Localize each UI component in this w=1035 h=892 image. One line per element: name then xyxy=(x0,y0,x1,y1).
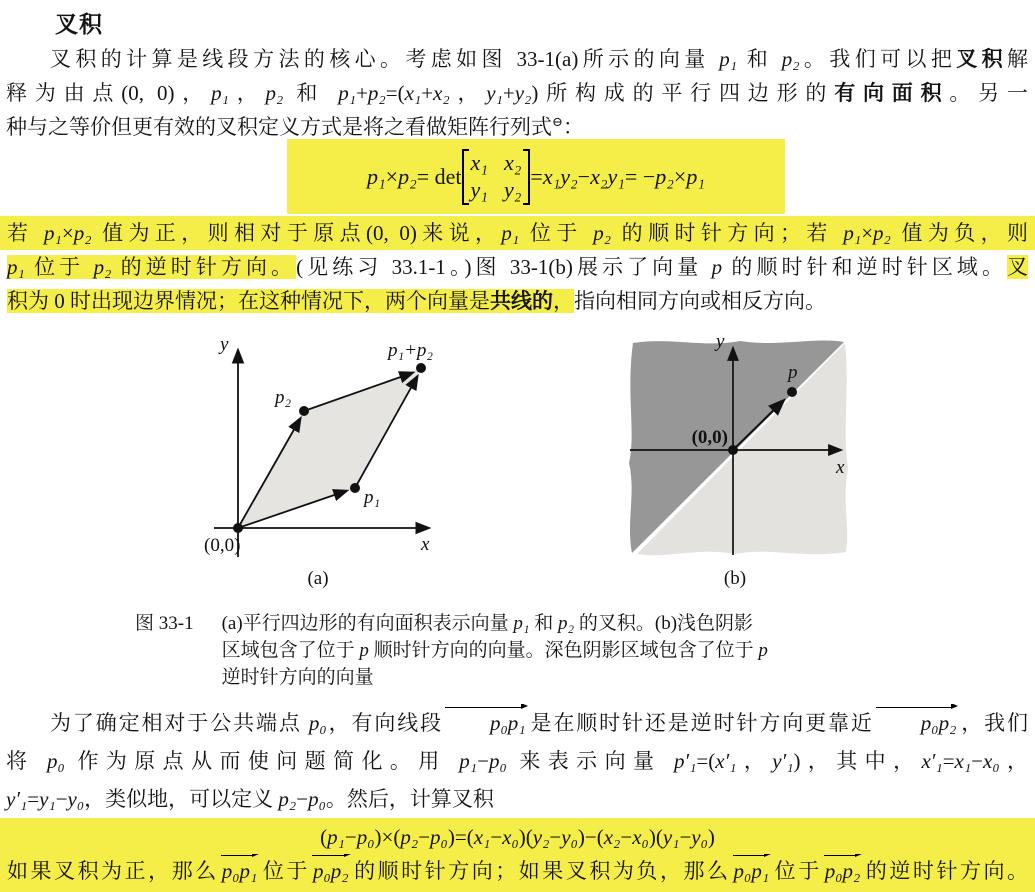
text-segment: p₀ xyxy=(357,825,375,849)
paragraph-2: 若 p₁×p₂ 值为正，则相对于原点(0, 0)来说，p₁ 位于 p₂ 的顺时针… xyxy=(0,216,1035,318)
text-segment: x₁ xyxy=(474,825,491,849)
text-segment: ，我们 xyxy=(959,711,1028,735)
text-segment: p₁ 位于 p₂ 的逆时针方向。 xyxy=(7,255,296,279)
text-segment: 指向相同方向或相反方向。 xyxy=(574,289,826,313)
text-segment: 为了确定相对于公共端点 xyxy=(50,711,309,735)
text-segment: 和 xyxy=(283,81,338,105)
text-segment: = − xyxy=(625,164,655,190)
figure-number: 图 33-1 xyxy=(135,610,194,691)
text-segment: + xyxy=(503,81,515,105)
text-segment: )=( xyxy=(448,825,474,849)
text-segment: y′₁ xyxy=(6,787,27,811)
text-segment: p₀ xyxy=(489,749,507,773)
text-segment: 叉积的计算是线段方法的核心。考虑如图 33-1(a)所示的向量 xyxy=(50,47,719,71)
text-line: 叉积的计算是线段方法的核心。考虑如图 33-1(a)所示的向量 p₁ 和 p₂。… xyxy=(6,42,1028,76)
vector-notation: p₀p₁ xyxy=(443,711,529,736)
text-segment: )所构成的平行四边形的 xyxy=(531,81,834,105)
text-segment: 和 xyxy=(530,613,559,634)
text-segment: p₀ xyxy=(308,787,326,811)
text-segment: p₀ xyxy=(47,749,65,773)
p1-label: p₁ xyxy=(362,487,380,508)
text-segment: 逆时针方向的向量 xyxy=(222,667,374,688)
p1p2-label: p₁+p₂ xyxy=(386,340,433,361)
p-label: p xyxy=(786,362,798,383)
text-segment: 。我们可以把 xyxy=(800,47,957,71)
text-segment: ， xyxy=(1000,749,1028,773)
text-segment: 区域包含了位于 xyxy=(222,640,360,661)
text-segment: x₂ xyxy=(604,825,621,849)
text-segment: y₁ xyxy=(486,81,503,105)
text-segment: − xyxy=(620,825,632,849)
text-segment: 位于 xyxy=(772,859,822,883)
text-segment: p₂ xyxy=(655,164,674,190)
p-point xyxy=(787,387,797,397)
y-axis-label: y xyxy=(218,334,229,355)
figure-caption-text: (a)平行四边形的有向面积表示向量 p₁ 和 p₂ 的叉积。(b)浅色阴影 区域… xyxy=(222,610,768,691)
caption-line: 区域包含了位于 p 顺时针方向的向量。深色阴影区域包含了位于 p xyxy=(222,637,768,664)
text-segment: )×( xyxy=(375,825,401,849)
text-segment: − xyxy=(56,787,68,811)
x-axis-label: x xyxy=(835,457,845,478)
text-segment: p₁ xyxy=(367,164,386,190)
text-segment: ) xyxy=(708,825,715,849)
figure-b-tag: (b) xyxy=(724,568,746,589)
highlighted-conclusion-block: (p₁−p₀)×(p₂−p₀)=(x₁−x₀)(y₂−y₀)−(x₂−x₀)(y… xyxy=(0,818,1035,892)
book-page: 叉积 叉积的计算是线段方法的核心。考虑如图 33-1(a)所示的向量 p₁ 和 … xyxy=(0,0,1035,892)
text-segment: 积为 0 时出现边界情况；在这种情况下，两个向量是共线的， xyxy=(7,289,574,313)
text-segment: 值为正，则相对于原点(0, 0)来说， xyxy=(92,221,502,245)
text-segment: p₂ xyxy=(400,825,418,849)
text-segment: p₁ xyxy=(513,613,529,634)
text-segment: − xyxy=(345,825,357,849)
text-segment: − xyxy=(296,787,308,811)
p2-point xyxy=(299,406,309,416)
text-segment: p₁ xyxy=(44,221,62,245)
vector-notation: p₀p₂ xyxy=(310,859,352,884)
text-segment: )( xyxy=(649,825,663,849)
text-segment: y₀ xyxy=(68,787,85,811)
text-segment: =( xyxy=(386,81,405,105)
text-segment: p₁ xyxy=(501,221,519,245)
text-segment: p xyxy=(712,255,723,279)
text-segment: 共线的 xyxy=(490,289,553,313)
text-segment: ， xyxy=(736,749,772,773)
vector-notation: p₀p₁ xyxy=(219,859,261,884)
text-segment: p₁ xyxy=(211,81,229,105)
text-segment: x₀ xyxy=(632,825,649,849)
text-segment: − xyxy=(477,749,489,773)
text-segment: p₀ xyxy=(430,825,448,849)
text-segment: p₂ xyxy=(398,164,417,190)
text-segment: p₁ xyxy=(338,81,356,105)
text-segment: x₁ xyxy=(955,749,972,773)
text-segment: y₁ xyxy=(608,164,625,190)
matrix-right-bracket xyxy=(523,149,530,205)
text-segment: y₀ xyxy=(691,825,708,849)
text-segment: 来表示向量 xyxy=(507,749,674,773)
figure-caption: 图 33-1 (a)平行四边形的有向面积表示向量 p₁ 和 p₂ 的叉积。(b)… xyxy=(135,610,768,691)
text-segment: ， xyxy=(553,289,574,313)
text-segment: =( xyxy=(696,749,715,773)
text-segment: 将 xyxy=(6,749,47,773)
vector-notation: p₀p₂ xyxy=(874,711,960,736)
formula-lhs: p₁ × p₂ = det xyxy=(367,164,462,190)
text-segment: 解 xyxy=(1007,47,1028,71)
paragraph-1: 叉积的计算是线段方法的核心。考虑如图 33-1(a)所示的向量 p₁ 和 p₂。… xyxy=(6,42,1028,144)
text-segment: 的叉积。(b)浅色阴影 xyxy=(574,613,753,634)
figure-a-parallelogram: y x (0,0) p₂ p₁+p₂ p₁ (a) xyxy=(190,333,445,591)
text-segment: + xyxy=(421,81,433,105)
matrix: x₁ x₂ y₁ y₂ xyxy=(471,151,522,202)
text-segment: 释为由点(0, 0)， xyxy=(6,81,211,105)
text-segment: p₂ xyxy=(278,787,296,811)
text-segment: = xyxy=(943,749,955,773)
text-segment: p₂ xyxy=(74,221,92,245)
text-segment: 的顺时针方向；如果叉积为负，那么 xyxy=(352,859,731,883)
text-segment: p xyxy=(758,640,768,661)
text-line-highlighted: 如果叉积为正，那么p₀p₁位于p₀p₂的顺时针方向；如果叉积为负，那么p₀p₁位… xyxy=(7,854,1028,890)
text-segment: ： xyxy=(563,115,584,139)
text-segment: 的逆时针方向。 xyxy=(863,859,1028,883)
text-segment: 的逆时针方向。 xyxy=(111,255,296,279)
p1p2-point xyxy=(416,363,426,373)
paragraph-3: 为了确定相对于公共端点 p₀，有向线段p₀p₁是在顺时针还是逆时针方向更靠近p₀… xyxy=(6,704,1028,818)
text-segment: x′₁ xyxy=(715,749,736,773)
text-segment: y₁ xyxy=(663,825,680,849)
text-line: 释为由点(0, 0)，p₁，p₂ 和 p₁+p₂=(x₁+x₂，y₁+y₂)所构… xyxy=(6,76,1028,110)
matrix-cell: y₂ xyxy=(504,178,521,202)
text-segment: 若 xyxy=(7,221,44,245)
text-segment: 和 xyxy=(737,47,782,71)
text-segment: − xyxy=(578,164,590,190)
text-segment: (见练习 33.1-1。)图 33-1(b)展示了向量 xyxy=(296,255,711,279)
text-segment: + xyxy=(356,81,368,105)
text-segment: x₀ xyxy=(502,825,519,849)
text-segment: )( xyxy=(519,825,533,849)
text-segment: p₂ xyxy=(873,221,891,245)
text-segment: p′₁ xyxy=(674,749,696,773)
text-segment: y′₁ xyxy=(772,749,793,773)
text-segment: p₁ xyxy=(719,47,737,71)
text-segment: × xyxy=(386,164,398,190)
text-segment: ， xyxy=(450,81,487,105)
text-segment: x₁ xyxy=(405,81,422,105)
text-segment: 顺时针方向的向量。深色阴影区域包含了位于 xyxy=(369,640,759,661)
text-segment: y₂ xyxy=(560,164,577,190)
text-segment: = xyxy=(27,787,39,811)
text-segment: × xyxy=(861,221,873,245)
origin-label: (0,0) xyxy=(692,427,728,448)
matrix-cell: x₁ xyxy=(471,151,488,175)
text-segment: 有向面积 xyxy=(834,81,949,105)
text-segment: 作为原点从而使问题简化。用 xyxy=(65,749,459,773)
text-segment: p₁ xyxy=(843,221,861,245)
text-segment: p₁ xyxy=(459,749,477,773)
text-segment: x₁ xyxy=(543,164,560,190)
text-segment: 位于 xyxy=(260,859,310,883)
text-segment: 位于 xyxy=(519,221,593,245)
text-segment: 积为 0 时出现边界情况；在这种情况下，两个向量是 xyxy=(7,289,490,313)
x-axis-label: x xyxy=(420,534,430,555)
text-segment: 是在顺时针还是逆时针方向更靠近 xyxy=(529,711,874,735)
cross-product-determinant-formula: p₁ × p₂ = det x₁ x₂ y₁ y₂ = x₁y₂ − x₂y₁ … xyxy=(287,139,785,214)
section-heading: 叉积 xyxy=(55,6,103,39)
text-segment: 位于 xyxy=(25,255,94,279)
text-segment: − xyxy=(418,825,430,849)
text-line-highlighted: 若 p₁×p₂ 值为正，则相对于原点(0, 0)来说，p₁ 位于 p₂ 的顺时针… xyxy=(0,216,1035,250)
text-line: p₁ 位于 p₂ 的逆时针方向。(见练习 33.1-1。)图 33-1(b)展示… xyxy=(0,250,1035,284)
text-segment: − xyxy=(679,825,691,849)
text-segment: − xyxy=(490,825,502,849)
text-line: y′₁=y₁−y₀，类似地，可以定义 p₂−p₀。然后，计算叉积 xyxy=(6,780,1028,818)
text-segment: ，类似地，可以定义 xyxy=(84,787,278,811)
text-line: 为了确定相对于公共端点 p₀，有向线段p₀p₁是在顺时针还是逆时针方向更靠近p₀… xyxy=(6,704,1028,742)
text-segment: x′₁ xyxy=(921,749,942,773)
text-segment: × xyxy=(62,221,74,245)
text-segment: p xyxy=(359,640,369,661)
text-segment: 叉 xyxy=(1007,255,1028,279)
parallelogram-shaded-area xyxy=(238,368,421,528)
relative-cross-product-formula: (p₁−p₀)×(p₂−p₀)=(x₁−x₀)(y₂−y₀)−(x₂−x₀)(y… xyxy=(7,818,1028,854)
text-segment: y₂ xyxy=(533,825,550,849)
text-segment: p₀ xyxy=(309,711,327,735)
text-segment: 。然后，计算叉积 xyxy=(326,787,494,811)
origin-point xyxy=(728,445,738,455)
text-segment: 。另一 xyxy=(949,81,1028,105)
text-segment: = xyxy=(530,164,542,190)
text-segment: ， xyxy=(229,81,266,105)
text-segment: 的顺时针方向；若 xyxy=(611,221,843,245)
matrix-cell: y₁ xyxy=(471,178,488,202)
caption-line: 逆时针方向的向量 xyxy=(222,664,768,691)
text-segment: p₂ xyxy=(266,81,284,105)
text-segment: x₂ xyxy=(590,164,607,190)
text-segment: p₁ xyxy=(7,255,25,279)
text-segment: 值为负，则 xyxy=(891,221,1028,245)
text-segment: p₂ xyxy=(94,255,112,279)
formula-rhs: = x₁y₂ − x₂y₁ = − p₂ × p₁ xyxy=(530,164,705,190)
text-segment: × xyxy=(674,164,686,190)
text-line: 将 p₀ 作为原点从而使问题简化。用 p₁−p₀ 来表示向量 p′₁=(x′₁，… xyxy=(6,742,1028,780)
text-segment: y₂ xyxy=(515,81,532,105)
vector-notation: p₀p₁ xyxy=(731,859,773,884)
text-segment: p₂ xyxy=(782,47,800,71)
text-segment: 的顺时针和逆时针区域。 xyxy=(722,255,1007,279)
matrix-left-bracket xyxy=(462,149,469,205)
text-segment: )，其中， xyxy=(794,749,922,773)
text-segment: 种与之等价但更有效的叉积定义方式是将之看做矩阵行列式 xyxy=(6,115,552,139)
text-segment: x₂ xyxy=(433,81,450,105)
y-axis-label: y xyxy=(714,331,725,352)
text-segment: x₀ xyxy=(983,749,1000,773)
caption-line: (a)平行四边形的有向面积表示向量 p₁ 和 p₂ 的叉积。(b)浅色阴影 xyxy=(222,610,768,637)
text-segment: p₁ xyxy=(327,825,345,849)
text-segment: = det xyxy=(417,164,462,190)
text-segment: p₂ xyxy=(368,81,386,105)
p1-point xyxy=(350,483,360,493)
figure-a-tag: (a) xyxy=(307,568,328,589)
text-segment: p₁ xyxy=(686,164,705,190)
text-segment: ⊖ xyxy=(552,114,563,129)
text-segment: (a)平行四边形的有向面积表示向量 xyxy=(222,613,514,634)
text-segment: 如果叉积为正，那么 xyxy=(7,859,219,883)
text-segment: ，有向线段 xyxy=(327,711,443,735)
origin-label: (0,0) xyxy=(204,535,240,556)
text-segment: y₁ xyxy=(39,787,56,811)
text-segment: p₂ xyxy=(593,221,611,245)
matrix-cell: x₂ xyxy=(504,151,521,175)
text-segment: p₂ xyxy=(558,613,574,634)
figure-b-regions: y x (0,0) p (b) xyxy=(620,333,855,591)
text-segment: y₀ xyxy=(561,825,578,849)
text-segment: − xyxy=(971,749,983,773)
text-segment: − xyxy=(549,825,561,849)
text-segment: 叉积 xyxy=(956,47,1007,71)
text-line: 积为 0 时出现边界情况；在这种情况下，两个向量是共线的，指向相同方向或相反方向… xyxy=(0,284,1035,318)
text-segment: )−( xyxy=(578,825,604,849)
vector-notation: p₀p₂ xyxy=(822,859,864,884)
p2-label: p₂ xyxy=(273,387,292,408)
origin-point xyxy=(233,523,243,533)
